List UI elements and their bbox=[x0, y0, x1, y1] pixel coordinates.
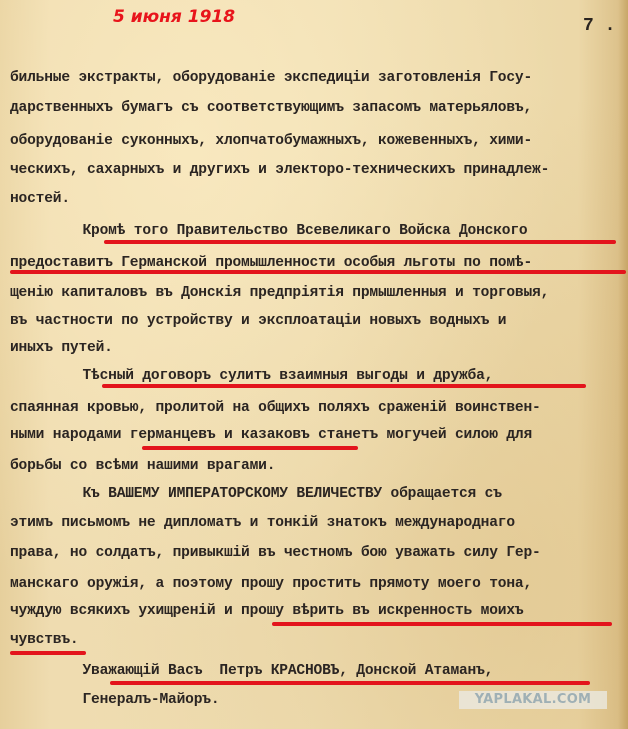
text-line: иныхъ путей. bbox=[10, 340, 113, 356]
text-line: бильные экстракты, оборудованіе экспедиц… bbox=[10, 70, 532, 86]
text-line: Уважающій Васъ Петръ КРАСНОВЪ, Донской А… bbox=[14, 663, 493, 679]
watermark: YAPLAKAL.COM bbox=[459, 691, 607, 709]
text-line: чувствъ. bbox=[10, 632, 78, 648]
text-line: ческихъ, сахарныхъ и другихъ и электоро-… bbox=[10, 162, 549, 178]
red-underline bbox=[102, 384, 586, 388]
text-line: борьбы со всѣми нашими врагами. bbox=[10, 458, 275, 474]
text-line: Генералъ-Майоръ. bbox=[14, 692, 219, 708]
text-line: манскаго оружія, а поэтому прошу простит… bbox=[10, 576, 532, 592]
red-underline bbox=[110, 681, 590, 685]
page-number: 7 . bbox=[583, 16, 615, 36]
text-line: спаянная кровью, пролитой на общихъ поля… bbox=[10, 400, 541, 416]
text-line: въ частности по устройству и эксплоатаці… bbox=[10, 313, 506, 329]
red-underline bbox=[142, 446, 358, 450]
text-line: ными народами германцевъ и казаковъ стан… bbox=[10, 427, 532, 443]
text-line: оборудованіе суконныхъ, хлопчатобумажных… bbox=[10, 133, 532, 149]
red-underline bbox=[10, 651, 86, 655]
text-line: чуждую всякихъ ухищреній и прошу вѣрить … bbox=[10, 603, 523, 619]
document-page: 5 июня 1918 7 . бильные экстракты, обору… bbox=[0, 0, 628, 729]
text-line: дарственныхъ бумагъ съ соответствующимъ … bbox=[10, 100, 532, 116]
red-underline bbox=[104, 240, 616, 244]
red-underline bbox=[272, 622, 612, 626]
text-line: предоставитъ Германской промышленности о… bbox=[10, 255, 532, 271]
text-line: Къ ВАШЕМУ ИМПЕРАТОРСКОМУ ВЕЛИЧЕСТВУ обра… bbox=[14, 486, 502, 502]
red-underline bbox=[10, 270, 626, 274]
text-line: Кромѣ того Правительство Всевеликаго Вой… bbox=[14, 223, 527, 239]
text-line: щенію капиталовъ въ Донскія предпріятія … bbox=[10, 285, 549, 301]
text-line: Тѣсный договоръ сулитъ взаимныя выгоды и… bbox=[14, 368, 493, 384]
text-line: этимъ письмомъ не дипломатъ и тонкій зна… bbox=[10, 515, 515, 531]
date-annotation: 5 июня 1918 bbox=[113, 7, 235, 27]
text-line: ностей. bbox=[10, 191, 70, 207]
text-line: права, но солдатъ, привыкшій въ честномъ… bbox=[10, 545, 541, 561]
paper-edge bbox=[618, 0, 628, 729]
